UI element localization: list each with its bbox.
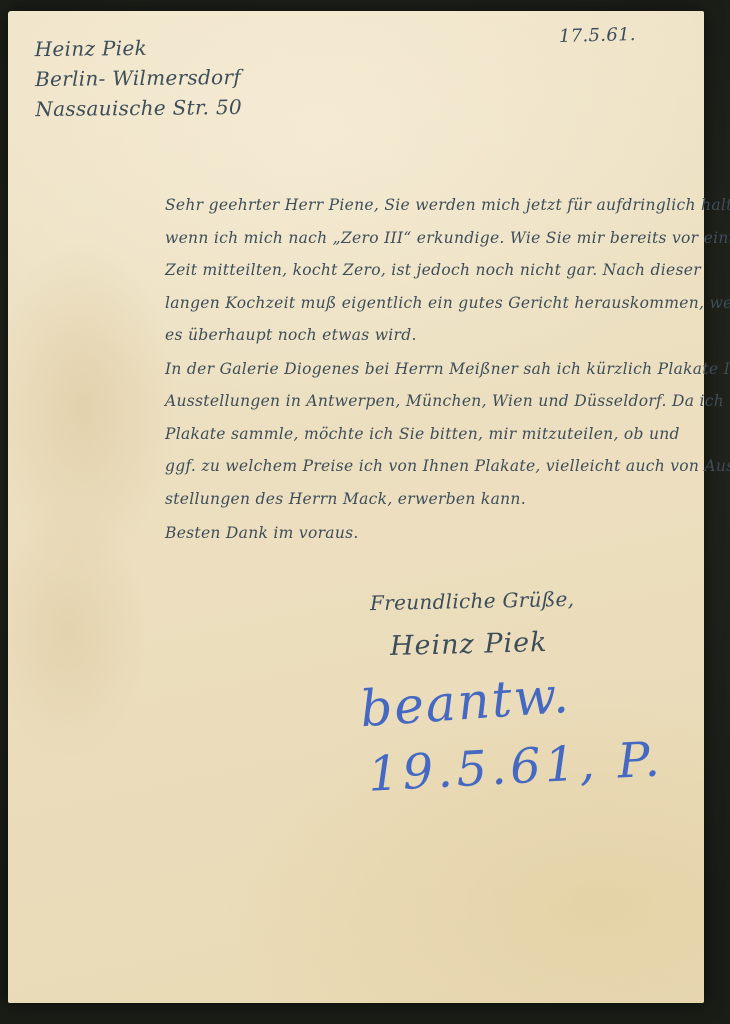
letter-date: 17.5.61. [559,24,636,47]
sender-city: Berlin- Wilmersdorf [35,62,242,94]
body-line: In der Galerie Diogenes bei Herrn Meißne… [165,353,665,386]
body-line: langen Kochzeit muß eigentlich ein gutes… [165,287,665,320]
body-line: es überhaupt noch etwas wird. [165,319,665,352]
sender-address-block: Heinz Piek Berlin- Wilmersdorf Nassauisc… [35,32,243,124]
closing-salutation: Freundliche Grüße, [370,587,575,615]
scan-background: Heinz Piek Berlin- Wilmersdorf Nassauisc… [0,0,730,1024]
body-line: ggf. zu welchem Preise ich von Ihnen Pla… [165,450,665,483]
body-line: stellungen des Herrn Mack, erwerben kann… [165,483,665,516]
sender-name: Heinz Piek [35,32,242,64]
letter-body: Sehr geehrter Herr Piene, Sie werden mic… [165,189,665,550]
body-line: Zeit mitteilten, kocht Zero, ist jedoch … [165,254,665,287]
body-line-thanks: Besten Dank im voraus. [165,517,665,550]
body-line: wenn ich mich nach „Zero III“ erkundige.… [165,222,665,255]
letter-page: Heinz Piek Berlin- Wilmersdorf Nassauisc… [8,11,704,1003]
sender-street: Nassauische Str. 50 [35,92,242,124]
answered-annotation-word: beantw. [358,666,572,739]
body-line: Plakate sammle, möchte ich Sie bitten, m… [165,418,665,451]
body-line: Ausstellungen in Antwerpen, München, Wie… [165,385,665,418]
signature: Heinz Piek [390,627,548,662]
body-line: Sehr geehrter Herr Piene, Sie werden mic… [165,189,665,222]
answered-annotation-date: 19.5.61, P. [367,731,665,802]
